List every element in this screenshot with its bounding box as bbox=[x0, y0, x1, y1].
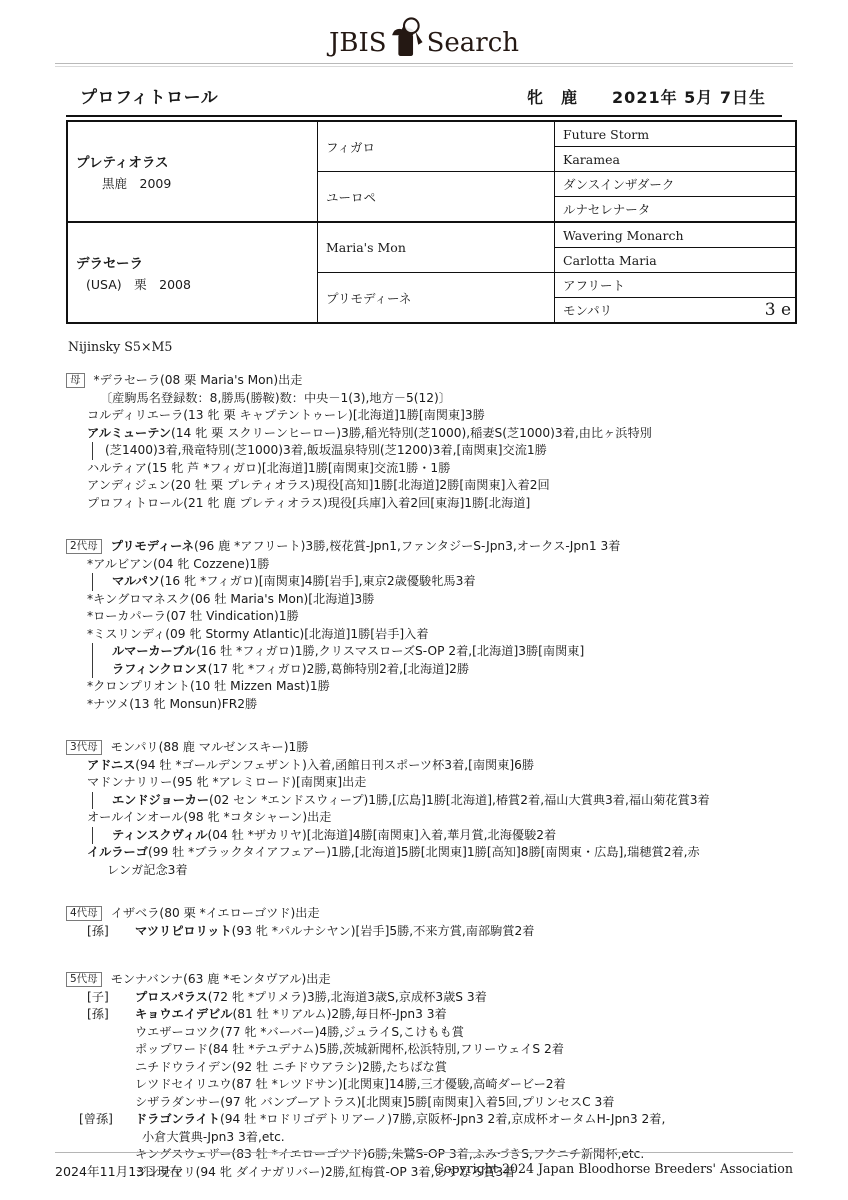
family-line: アドニス(94 牡 *ゴールデンフェザント)入着,函館日刊スポーツ杯3着,[南関… bbox=[66, 757, 782, 775]
record-text: (72 牝 *プリメラ)3勝,北海道3歳S,京成杯3歳S 3着 bbox=[208, 990, 487, 1004]
family-line: [孫]マツリピロリット(93 牝 *パルナシヤン)[岩手]5勝,不来方賞,南部駒… bbox=[66, 923, 782, 941]
paternal-grandsire: フィガロ bbox=[318, 121, 555, 172]
family-line: ウエザーコツク(77 牝 *バーバー)4勝,ジュライS,こけもも賞 bbox=[66, 1024, 782, 1042]
record-text: (94 牡 *ロドリゴデトリアーノ)7勝,京阪杯-Jpn3 2着,京成杯オータム… bbox=[220, 1112, 665, 1126]
record-text: (02 セン *エンドスウィープ)1勝,[広島]1勝[北海道],椿賞2着,福山大… bbox=[209, 793, 710, 807]
generation-label: 5代母 bbox=[66, 972, 102, 987]
pgs-dam: Karamea bbox=[555, 147, 797, 172]
family-line: *アルビアン(04 牝 Cozzene)1勝 bbox=[66, 556, 782, 574]
family-line: *キングロマネスク(06 牡 Maria's Mon)[北海道]3勝 bbox=[66, 591, 782, 609]
horse-name: プロフィトロール bbox=[80, 83, 218, 108]
record-text: プロフィトロール(21 牝 鹿 プレティオラス)現役[兵庫]入着2回[東海]1勝… bbox=[87, 496, 530, 510]
record-text: (94 牡 *ゴールデンフェザント)入着,函館日刊スポーツ杯3着,[南関東]6勝 bbox=[135, 758, 534, 772]
family-section-dam: 母*デラセーラ(08 栗 Maria's Mon)出走〔産駒馬名登録数：8,勝馬… bbox=[66, 372, 782, 512]
logo-text-search: Search bbox=[427, 30, 519, 56]
section-head-line: 3代母モンパリ(88 鹿 マルゼンスキー)1勝 bbox=[66, 739, 782, 757]
record-text: *ミスリンディ(09 牝 Stormy Atlantic)[北海道]1勝[岩手]… bbox=[87, 627, 429, 641]
generation-label: 3代母 bbox=[66, 740, 102, 755]
horse-name-text: ルマーカーブル bbox=[112, 644, 196, 658]
pgs-sire: Future Storm bbox=[555, 121, 797, 147]
generation-label: 母 bbox=[66, 373, 85, 388]
jbis-logo-icon bbox=[388, 15, 426, 59]
maternal-grandsire: Maria's Mon bbox=[318, 222, 555, 273]
family-line: *ナツメ(13 牝 Monsun)FR2勝 bbox=[66, 696, 782, 714]
footer-divider bbox=[55, 1152, 793, 1153]
record-text: マドンナリリー(95 牝 *アレミロード)[南関東]出走 bbox=[87, 775, 366, 789]
record-text: (16 牝 *フィガロ)[南関東]4勝[岩手],東京2歳優駿牝馬3着 bbox=[160, 574, 476, 588]
paternal-granddam: ユーロペ bbox=[318, 172, 555, 223]
record-text: (81 牡 *リアルム)2勝,毎日杯-Jpn3 3着 bbox=[233, 1007, 447, 1021]
family-line: (芝1400)3着,飛竜特別(芝1000)3着,飯坂温泉特別(芝1200)3着,… bbox=[66, 442, 782, 460]
record-text: シザラダンサー(97 牝 バンブーアトラス)[北関東]5勝[南関東]入着5回,プ… bbox=[135, 1095, 614, 1109]
family-line: プロフィトロール(21 牝 鹿 プレティオラス)現役[兵庫]入着2回[東海]1勝… bbox=[66, 495, 782, 513]
horse-name-text: プロスパラス bbox=[135, 990, 208, 1004]
family-line: イルラーゴ(99 牡 *ブラックタイアフェアー)1勝,[北海道]5勝[北関東]1… bbox=[66, 844, 782, 862]
page-footer: 2024年11月13日現在 Copyright 2024 Japan Blood… bbox=[55, 1152, 793, 1180]
generation-label: 4代母 bbox=[66, 906, 102, 921]
dam-detail: (USA) 栗 2008 bbox=[76, 275, 317, 293]
mgd-dam-cell: モンパリ 3 e bbox=[555, 298, 797, 324]
branch-bar bbox=[92, 442, 93, 460]
record-text: アンディジェン(20 牡 栗 プレティオラス)現役[高知]1勝[北海道]2勝[南… bbox=[87, 478, 550, 492]
mgs-sire: Wavering Monarch bbox=[555, 222, 797, 248]
maternal-granddam: プリモディーネ bbox=[318, 273, 555, 324]
record-text: (芝1400)3着,飛竜特別(芝1000)3着,飯坂温泉特別(芝1200)3着,… bbox=[105, 443, 547, 457]
page-header: JBIS Search bbox=[0, 0, 848, 67]
mgd-sire: アフリート bbox=[555, 273, 797, 298]
relation-prefix: [孫] bbox=[87, 923, 109, 941]
family-section-granddam-2: 2代母プリモディーネ(96 鹿 *アフリート)3勝,桜花賞-Jpn1,ファンタジ… bbox=[66, 538, 782, 713]
family-line: レンガ記念3着 bbox=[66, 862, 782, 880]
family-line: エンドジョーカー(02 セン *エンドスウィープ)1勝,[広島]1勝[北海道],… bbox=[66, 792, 782, 810]
family-line: [子]プロスパラス(72 牝 *プリメラ)3勝,北海道3歳S,京成杯3歳S 3着 bbox=[66, 989, 782, 1007]
copyright: Copyright 2024 Japan Bloodhorse Breeders… bbox=[434, 1161, 793, 1180]
record-text: (17 牝 *フィガロ)2勝,葛飾特別2着,[北海道]2勝 bbox=[208, 662, 469, 676]
family-line: ニチドウライデン(92 牡 ニチドウアラシ)2勝,たちばな賞 bbox=[66, 1059, 782, 1077]
family-line: マドンナリリー(95 牝 *アレミロード)[南関東]出走 bbox=[66, 774, 782, 792]
family-line: アンディジェン(20 牡 栗 プレティオラス)現役[高知]1勝[北海道]2勝[南… bbox=[66, 477, 782, 495]
record-text: *ローカパーラ(07 牡 Vindication)1勝 bbox=[87, 609, 299, 623]
horse-name-text: イルラーゴ bbox=[87, 845, 148, 859]
page-content: プロフィトロール 牝 鹿 2021年 5月 7日生 プレティオラス 黒鹿 200… bbox=[66, 83, 782, 1181]
branch-bar bbox=[92, 661, 93, 679]
family-line: ラフィンクロンヌ(17 牝 *フィガロ)2勝,葛飾特別2着,[北海道]2勝 bbox=[66, 661, 782, 679]
family-line: アルミューテン(14 牝 栗 スクリーンヒーロー)3勝,稲光特別(芝1000),… bbox=[66, 425, 782, 443]
branch-bar bbox=[92, 643, 93, 661]
record-text: オールインオール(98 牝 *コタシャーン)出走 bbox=[87, 810, 331, 824]
record-text: コルディリエーラ(13 牝 栗 キャプテントゥーレ)[北海道]1勝[南関東]3勝 bbox=[87, 408, 485, 422]
record-text: ウエザーコツク(77 牝 *バーバー)4勝,ジュライS,こけもも賞 bbox=[135, 1025, 464, 1039]
jbis-search-logo: JBIS Search bbox=[0, 10, 848, 56]
family-line: ハルティア(15 牝 芦 *フィガロ)[北海道]1勝[南関東]交流1勝・1勝 bbox=[66, 460, 782, 478]
title-row: プロフィトロール 牝 鹿 2021年 5月 7日生 bbox=[66, 83, 782, 117]
pgd-sire: ダンスインザダーク bbox=[555, 172, 797, 197]
record-text: (99 牡 *ブラックタイアフェアー)1勝,[北海道]5勝[北関東]1勝[高知]… bbox=[148, 845, 700, 859]
section-head-line: 母*デラセーラ(08 栗 Maria's Mon)出走 bbox=[66, 372, 782, 390]
dam-cell: デラセーラ (USA) 栗 2008 bbox=[67, 222, 318, 323]
record-text: *デラセーラ(08 栗 Maria's Mon)出走 bbox=[94, 373, 303, 387]
horse-name-text: マツリピロリット bbox=[135, 924, 232, 938]
dam-name: デラセーラ bbox=[76, 252, 317, 272]
logo-text-jbis: JBIS bbox=[329, 30, 387, 56]
relation-prefix: [子] bbox=[87, 989, 109, 1007]
record-text: レンガ記念3着 bbox=[107, 863, 188, 877]
section-head-line: 4代母イザベラ(80 栗 *イエローゴツド)出走 bbox=[66, 905, 782, 923]
branch-bar bbox=[92, 573, 93, 591]
family-line: マルパソ(16 牝 *フィガロ)[南関東]4勝[岩手],東京2歳優駿牝馬3着 bbox=[66, 573, 782, 591]
record-text: (16 牡 *フィガロ)1勝,クリスマスローズS-OP 2着,[北海道]3勝[南… bbox=[196, 644, 584, 658]
family-line: ルマーカーブル(16 牡 *フィガロ)1勝,クリスマスローズS-OP 2着,[北… bbox=[66, 643, 782, 661]
sire-detail: 黒鹿 2009 bbox=[76, 174, 317, 192]
record-text: ニチドウライデン(92 牡 ニチドウアラシ)2勝,たちばな賞 bbox=[135, 1060, 447, 1074]
family-line: [曾孫]ドラゴンライト(94 牡 *ロドリゴデトリアーノ)7勝,京阪杯-Jpn3… bbox=[66, 1111, 782, 1129]
record-text: (04 牡 *ザカリヤ)[北海道]4勝[南関東]入着,華月賞,北海優駿2着 bbox=[207, 828, 556, 842]
as-of-date: 2024年11月13日現在 bbox=[55, 1161, 182, 1180]
horse-name-text: アドニス bbox=[87, 758, 135, 772]
record-text: (96 鹿 *アフリート)3勝,桜花賞-Jpn1,ファンタジーS-Jpn3,オー… bbox=[194, 539, 621, 553]
relation-prefix: [曾孫] bbox=[79, 1111, 113, 1129]
record-text: 〔産駒馬名登録数：8,勝馬(勝鞍)数：中央－1(3),地方－5(12)〕 bbox=[100, 391, 451, 405]
inbreeding-note: Nijinsky S5×M5 bbox=[66, 339, 782, 354]
family-line: ポップワード(84 牡 *テユデナム)5勝,茨城新聞杯,松浜特別,フリーウェイS… bbox=[66, 1041, 782, 1059]
relation-prefix: [孫] bbox=[87, 1006, 109, 1024]
horse-name-text: プリモディーネ bbox=[111, 539, 194, 553]
family-section-granddam-5: 5代母モンナバンナ(63 鹿 *モンタヴアル)出走[子]プロスパラス(72 牝 … bbox=[66, 971, 782, 1181]
family-line: 〔産駒馬名登録数：8,勝馬(勝鞍)数：中央－1(3),地方－5(12)〕 bbox=[66, 390, 782, 408]
section-head-line: 5代母モンナバンナ(63 鹿 *モンタヴアル)出走 bbox=[66, 971, 782, 989]
horse-name-text: キョウエイデビル bbox=[135, 1007, 233, 1021]
horse-name-text: エンドジョーカー bbox=[112, 793, 209, 807]
record-text: ハルティア(15 牝 芦 *フィガロ)[北海道]1勝[南関東]交流1勝・1勝 bbox=[87, 461, 450, 475]
pgd-dam: ルナセレナータ bbox=[555, 197, 797, 223]
record-text: *アルビアン(04 牝 Cozzene)1勝 bbox=[87, 557, 269, 571]
family-line: 小倉大賞典-Jpn3 3着,etc. bbox=[66, 1129, 782, 1147]
record-text: (14 牝 栗 スクリーンヒーロー)3勝,稲光特別(芝1000),稲妻S(芝10… bbox=[171, 426, 652, 440]
sire-name: プレティオラス bbox=[76, 151, 317, 171]
generation-label: 2代母 bbox=[66, 539, 102, 554]
record-text: *キングロマネスク(06 牡 Maria's Mon)[北海道]3勝 bbox=[87, 592, 374, 606]
mgs-dam: Carlotta Maria bbox=[555, 248, 797, 273]
record-text: モンナバンナ(63 鹿 *モンタヴアル)出走 bbox=[111, 972, 331, 986]
record-text: レツドセイリユウ(87 牡 *レツドサン)[北関東]14勝,三才優駿,高崎ダービ… bbox=[135, 1077, 566, 1091]
sire-cell: プレティオラス 黒鹿 2009 bbox=[67, 121, 318, 222]
family-line: ティンスクヴィル(04 牡 *ザカリヤ)[北海道]4勝[南関東]入着,華月賞,北… bbox=[66, 827, 782, 845]
horse-name-text: マルパソ bbox=[112, 574, 160, 588]
family-line: コルディリエーラ(13 牝 栗 キャプテントゥーレ)[北海道]1勝[南関東]3勝 bbox=[66, 407, 782, 425]
mgd-dam: モンパリ bbox=[563, 301, 612, 319]
section-head-line: 2代母プリモディーネ(96 鹿 *アフリート)3勝,桜花賞-Jpn1,ファンタジ… bbox=[66, 538, 782, 556]
horse-name-text: ティンスクヴィル bbox=[112, 828, 207, 842]
record-text: (93 牝 *パルナシヤン)[岩手]5勝,不来方賞,南部駒賞2着 bbox=[232, 924, 535, 938]
record-text: *クロンプリオント(10 牡 Mizzen Mast)1勝 bbox=[87, 679, 330, 693]
family-line: オールインオール(98 牝 *コタシャーン)出走 bbox=[66, 809, 782, 827]
family-line: *ローカパーラ(07 牡 Vindication)1勝 bbox=[66, 608, 782, 626]
horse-name-text: ラフィンクロンヌ bbox=[112, 662, 208, 676]
record-text: モンパリ(88 鹿 マルゼンスキー)1勝 bbox=[111, 740, 309, 754]
family-line: *クロンプリオント(10 牡 Mizzen Mast)1勝 bbox=[66, 678, 782, 696]
branch-bar bbox=[92, 792, 93, 810]
horse-name-text: ドラゴンライト bbox=[135, 1112, 220, 1126]
family-sections: 母*デラセーラ(08 栗 Maria's Mon)出走〔産駒馬名登録数：8,勝馬… bbox=[66, 372, 782, 1181]
record-text: イザベラ(80 栗 *イエローゴツド)出走 bbox=[111, 906, 320, 920]
family-number: 3 e bbox=[765, 300, 791, 320]
family-line: レツドセイリユウ(87 牡 *レツドサン)[北関東]14勝,三才優駿,高崎ダービ… bbox=[66, 1076, 782, 1094]
family-line: [孫]キョウエイデビル(81 牡 *リアルム)2勝,毎日杯-Jpn3 3着 bbox=[66, 1006, 782, 1024]
horse-name-text: アルミューテン bbox=[87, 426, 171, 440]
record-text: *ナツメ(13 牝 Monsun)FR2勝 bbox=[87, 697, 257, 711]
family-line: *ミスリンディ(09 牝 Stormy Atlantic)[北海道]1勝[岩手]… bbox=[66, 626, 782, 644]
record-text: 小倉大賞典-Jpn3 3着,etc. bbox=[142, 1130, 285, 1144]
branch-bar bbox=[92, 827, 93, 845]
family-line: シザラダンサー(97 牝 バンブーアトラス)[北関東]5勝[南関東]入着5回,プ… bbox=[66, 1094, 782, 1112]
pedigree-table: プレティオラス 黒鹿 2009 フィガロ Future Storm Karame… bbox=[66, 120, 797, 324]
family-section-granddam-4: 4代母イザベラ(80 栗 *イエローゴツド)出走[孫]マツリピロリット(93 牝… bbox=[66, 905, 782, 940]
family-section-granddam-3: 3代母モンパリ(88 鹿 マルゼンスキー)1勝アドニス(94 牡 *ゴールデンフ… bbox=[66, 739, 782, 879]
horse-sex-coat-birth: 牝 鹿 2021年 5月 7日生 bbox=[527, 85, 766, 108]
header-divider bbox=[55, 63, 793, 67]
record-text: ポップワード(84 牡 *テユデナム)5勝,茨城新聞杯,松浜特別,フリーウェイS… bbox=[135, 1042, 564, 1056]
